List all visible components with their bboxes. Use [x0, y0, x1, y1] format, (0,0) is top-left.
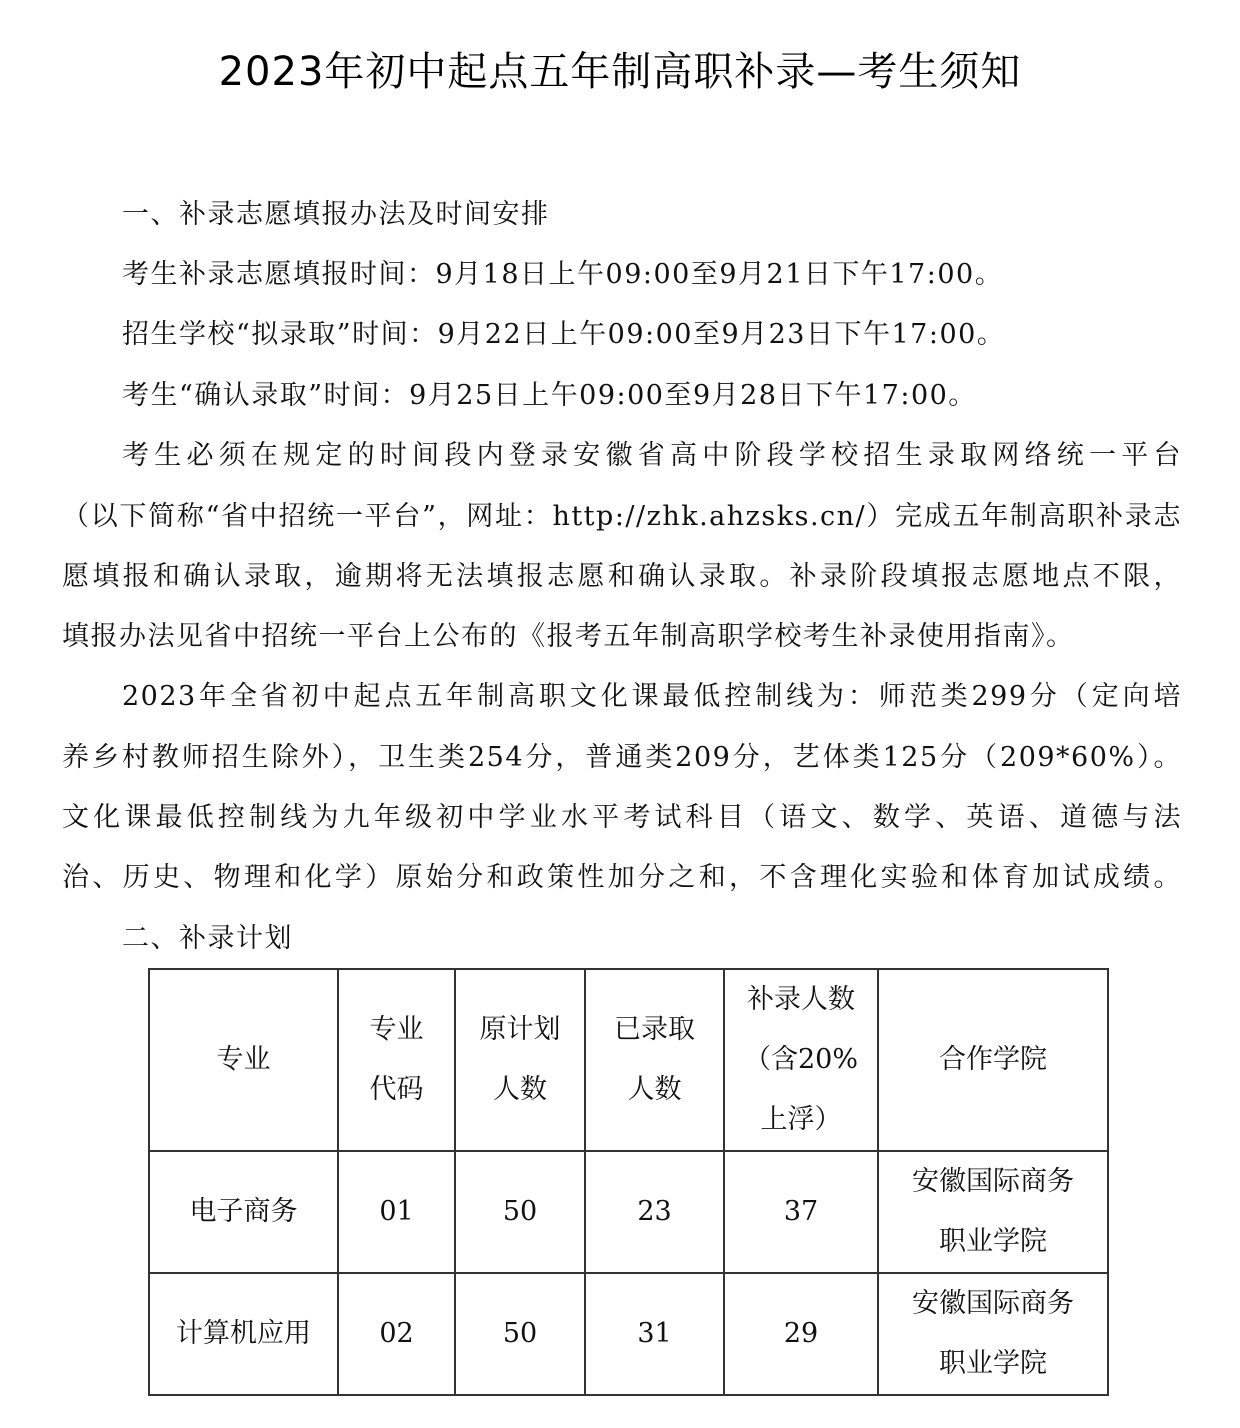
cell-major: 电子商务 [149, 1151, 338, 1273]
para1-line4: 填报办法见省中招统一平台上公布的《报考五年制高职学校考生补录使用指南》。 [62, 620, 1075, 654]
header-code: 专业代码 [338, 969, 455, 1151]
para1-line3: 愿填报和确认录取，逾期将无法填报志愿和确认录取。补录阶段填报志愿地点不限， [62, 560, 1182, 594]
schedule-line-preadmit: 招生学校“拟录取”时间：9月22日上午09:00至9月23日下午17:00。 [122, 318, 1005, 352]
header-college: 合作学院 [878, 969, 1108, 1151]
header-admitted: 已录取人数 [585, 969, 724, 1151]
table-row: 计算机应用 02 50 31 29 安徽国际商务职业学院 [149, 1273, 1108, 1395]
cell-code: 02 [338, 1273, 455, 1395]
para2-line4: 治、历史、物理和化学）原始分和政策性加分之和，不含理化实验和体育加试成绩。 [62, 861, 1182, 895]
document-title: 2023年初中起点五年制高职补录—考生须知 [0, 40, 1240, 97]
para1-line2: （以下简称“省中招统一平台”，网址：http://zhk.ahzsks.cn/）… [62, 500, 1182, 534]
section1-heading: 一、补录志愿填报办法及时间安排 [122, 198, 550, 232]
table-header-row: 专业 专业代码 原计划人数 已录取人数 补录人数（含20%上浮） 合作学院 [149, 969, 1108, 1151]
schedule-line-fill: 考生补录志愿填报时间：9月18日上午09:00至9月21日下午17:00。 [122, 258, 1003, 292]
para2-line3: 文化课最低控制线为九年级初中学业水平考试科目（语文、数学、英语、道德与法 [62, 801, 1182, 835]
supplement-plan-table: 专业 专业代码 原计划人数 已录取人数 补录人数（含20%上浮） 合作学院 电子… [148, 968, 1109, 1396]
schedule-line-confirm: 考生“确认录取”时间：9月25日上午09:00至9月28日下午17:00。 [122, 379, 977, 413]
para2-line1: 2023年全省初中起点五年制高职文化课最低控制线为：师范类299分（定向培 [122, 680, 1182, 714]
cell-code: 01 [338, 1151, 455, 1273]
cell-planned: 50 [455, 1151, 585, 1273]
cell-college: 安徽国际商务职业学院 [878, 1151, 1108, 1273]
cell-planned: 50 [455, 1273, 585, 1395]
cell-supplement: 29 [724, 1273, 878, 1395]
section2-heading: 二、补录计划 [122, 922, 293, 956]
para1-line1: 考生必须在规定的时间段内登录安徽省高中阶段学校招生录取网络统一平台 [122, 439, 1182, 473]
header-supplement: 补录人数（含20%上浮） [724, 969, 878, 1151]
cell-major: 计算机应用 [149, 1273, 338, 1395]
cell-admitted: 31 [585, 1273, 724, 1395]
para2-line2: 养乡村教师招生除外），卫生类254分，普通类209分，艺体类125分（209*6… [62, 741, 1182, 775]
cell-college: 安徽国际商务职业学院 [878, 1273, 1108, 1395]
header-major: 专业 [149, 969, 338, 1151]
cell-supplement: 37 [724, 1151, 878, 1273]
table-row: 电子商务 01 50 23 37 安徽国际商务职业学院 [149, 1151, 1108, 1273]
header-planned: 原计划人数 [455, 969, 585, 1151]
cell-admitted: 23 [585, 1151, 724, 1273]
